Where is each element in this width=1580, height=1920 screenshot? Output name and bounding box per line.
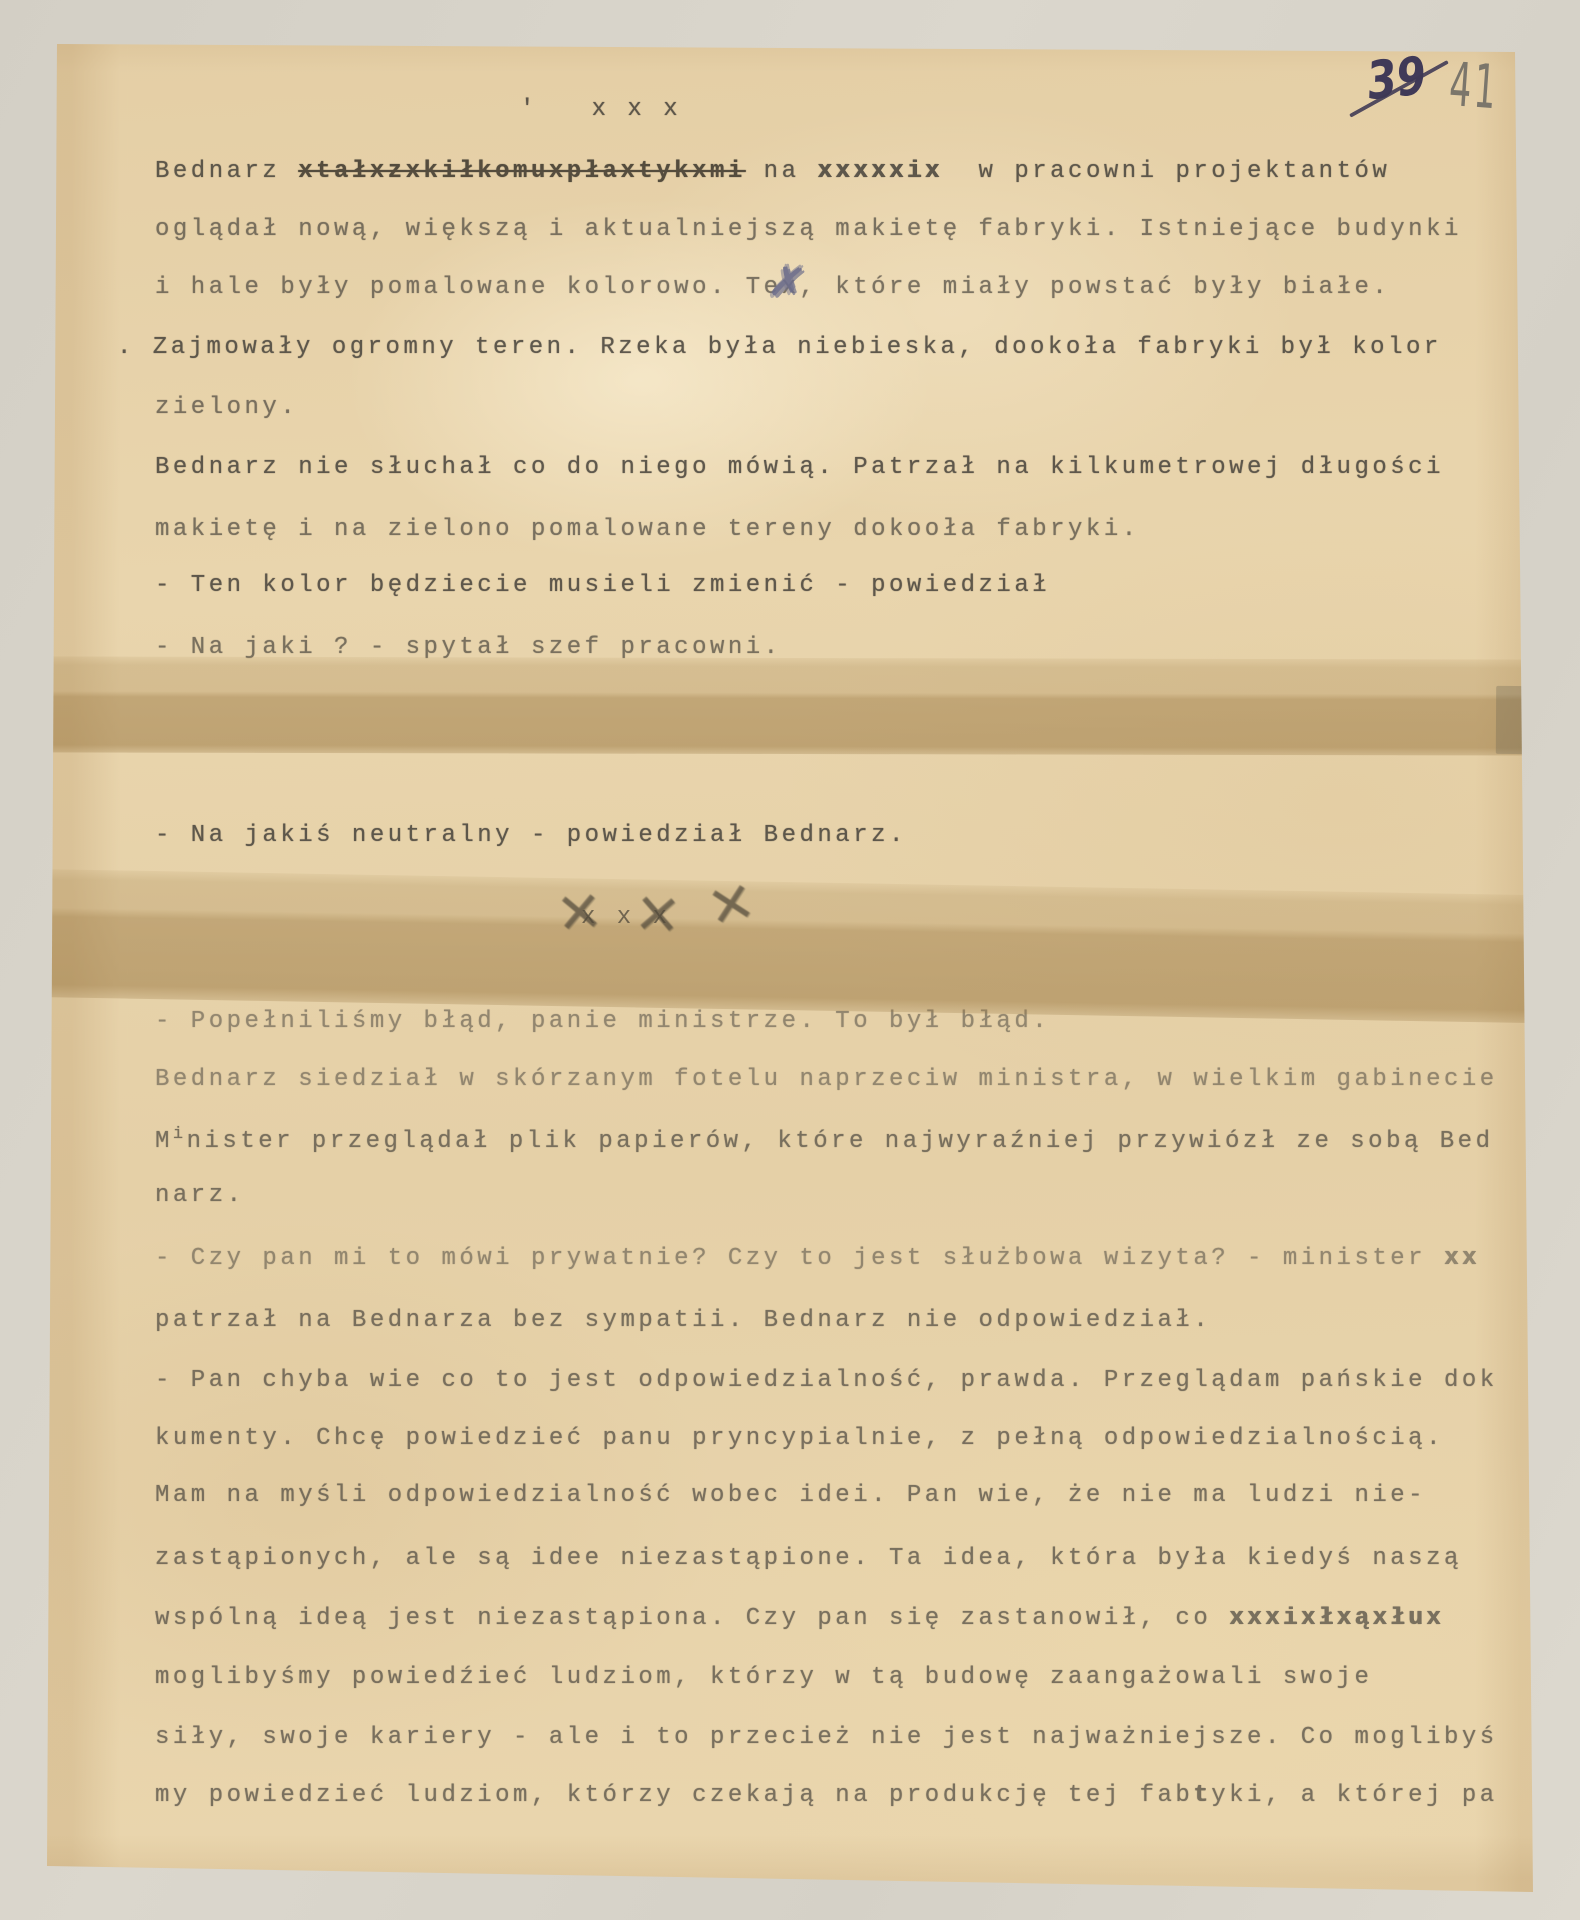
typewritten-line: kumenty. Chcę powiedzieć panu pryncypial… <box>155 1427 1444 1451</box>
typewritten-line: ' x x x <box>520 98 681 122</box>
typewritten-text: . Zajmowały ogromny teren. Rzeka była ni… <box>117 334 1442 361</box>
scan-background: { "annotations": { "crossed_number": "39… <box>0 0 1580 1920</box>
typewritten-text: xx <box>1444 1245 1480 1272</box>
typewritten-line: i hale były pomalowane kolorowo. Tex✗, k… <box>155 276 1390 300</box>
typewritten-text: oglądał nową, większą i aktualniejszą ma… <box>155 216 1462 243</box>
typewritten-line: siły, swoje kariery - ale i to przecież … <box>155 1726 1498 1750</box>
typewritten-line: - Na jakiś neutralny - powiedział Bednar… <box>155 824 907 848</box>
typewritten-line: Bednarz siedział w skórzanym fotelu napr… <box>155 1068 1498 1092</box>
typewritten-text: moglibyśmy powiedźieć ludziom, którzy w … <box>155 1664 1372 1691</box>
typewritten-text: - Pan chyba wie co to jest odpowiedzialn… <box>155 1367 1498 1394</box>
typewritten-line: makietę i na zielono pomalowane tereny d… <box>155 518 1140 542</box>
typewritten-line: . Zajmowały ogromny teren. Rzeka była ni… <box>117 336 1442 360</box>
typewritten-text: w pracowni projektantów <box>943 158 1391 185</box>
typewritten-line: Minister przeglądał plik papierów, które… <box>155 1126 1493 1154</box>
typewritten-line: wspólną ideą jest niezastąpiona. Czy pan… <box>155 1607 1444 1631</box>
typewritten-line: - Popełniliśmy błąd, panie ministrze. To… <box>155 1010 1050 1034</box>
typewritten-text: Bednarz <box>155 158 298 185</box>
typewritten-text: Mam na myśli odpowiedzialność wobec idei… <box>155 1482 1426 1509</box>
typewritten-text: M <box>155 1128 173 1155</box>
typewritten-line: - Pan chyba wie co to jest odpowiedzialn… <box>155 1369 1498 1393</box>
typewritten-line: - Ten kolor będziecie musieli zmienić - … <box>155 574 1050 598</box>
tape-strip-upper-end <box>1496 686 1538 754</box>
typewritten-text: Bednarz nie słuchał co do niego mówią. P… <box>155 454 1444 481</box>
typewritten-line: narz. <box>155 1184 245 1208</box>
typewritten-text: i <box>173 1125 187 1144</box>
ink-crossed-char: x✗ <box>782 274 800 301</box>
typewritten-text: , które miały powstać były białe. <box>800 274 1391 301</box>
typewritten-text: yki, a której pa <box>1211 1782 1497 1809</box>
handwritten-cross-icon: ✕ <box>554 884 606 944</box>
typewritten-line: - Czy pan mi to mówi prywatnie? Czy to j… <box>155 1247 1480 1271</box>
typewritten-text: narz. <box>155 1182 245 1209</box>
typewritten-line: oglądał nową, większą i aktualniejszą ma… <box>155 218 1462 242</box>
typewritten-text: kumenty. Chcę powiedzieć panu pryncypial… <box>155 1425 1444 1452</box>
typewritten-line: Mam na myśli odpowiedzialność wobec idei… <box>155 1484 1426 1508</box>
section-break-marks: x x x ✕ ✕ ✕ <box>552 874 812 974</box>
handwritten-cross-icon: ✕ <box>632 886 683 945</box>
typewritten-text: makietę i na zielono pomalowane tereny d… <box>155 516 1140 543</box>
typewritten-text: i hale były pomalowane kolorowo. Te <box>155 274 782 301</box>
typewritten-text: nister przeglądał plik papierów, które n… <box>187 1128 1494 1155</box>
typewritten-text: na <box>746 158 818 185</box>
typescript-page: ' x x xBednarz xtałxzxkiłkomuxpłaxtykxmi… <box>0 0 1580 1920</box>
typewritten-text: wspólną ideą jest niezastąpiona. Czy pan… <box>155 1605 1229 1632</box>
typewritten-line: patrzał na Bednarza bez sympatii. Bednar… <box>155 1309 1211 1333</box>
typewritten-text: my powiedzieć ludziom, którzy czekają na… <box>155 1782 1193 1809</box>
current-page-number: 41 <box>1447 50 1501 123</box>
typewritten-text: siły, swoje kariery - ale i to przecież … <box>155 1724 1498 1751</box>
typewritten-text: xtałxzxkiłkomuxpłaxtykxmi <box>298 158 746 185</box>
typewritten-text: - Ten kolor będziecie musieli zmienić - … <box>155 572 1050 599</box>
typewritten-text: - Na jakiś neutralny - powiedział Bednar… <box>155 822 907 849</box>
typewritten-text: patrzał na Bednarza bez sympatii. Bednar… <box>155 1307 1211 1334</box>
typewritten-line: zielony. <box>155 396 298 420</box>
typewritten-text: xxxxxix <box>817 158 942 185</box>
typewritten-text: zastąpionych, ale są idee niezastąpione.… <box>155 1545 1462 1572</box>
typewritten-text: xxxixłxąxłux <box>1229 1605 1444 1632</box>
ink-scribble-mark: ✗ <box>765 259 808 308</box>
typewritten-line: Bednarz xtałxzxkiłkomuxpłaxtykxmi na xxx… <box>155 160 1390 184</box>
typewritten-text: - Czy pan mi to mówi prywatnie? Czy to j… <box>155 1245 1444 1272</box>
typewritten-text: t <box>1193 1782 1211 1809</box>
typewritten-line: Bednarz nie słuchał co do niego mówią. P… <box>155 456 1444 480</box>
handwritten-cross-icon: ✕ <box>703 874 761 939</box>
typewritten-text: ' x x x <box>520 96 681 123</box>
typewritten-line: my powiedzieć ludziom, którzy czekają na… <box>155 1784 1498 1808</box>
typewritten-line: zastąpionych, ale są idee niezastąpione.… <box>155 1547 1462 1571</box>
typewritten-text: zielony. <box>155 394 298 421</box>
typewritten-text: Bednarz siedział w skórzanym fotelu napr… <box>155 1066 1498 1093</box>
typewritten-line: moglibyśmy powiedźieć ludziom, którzy w … <box>155 1666 1372 1690</box>
tape-strip-upper <box>0 656 1580 755</box>
